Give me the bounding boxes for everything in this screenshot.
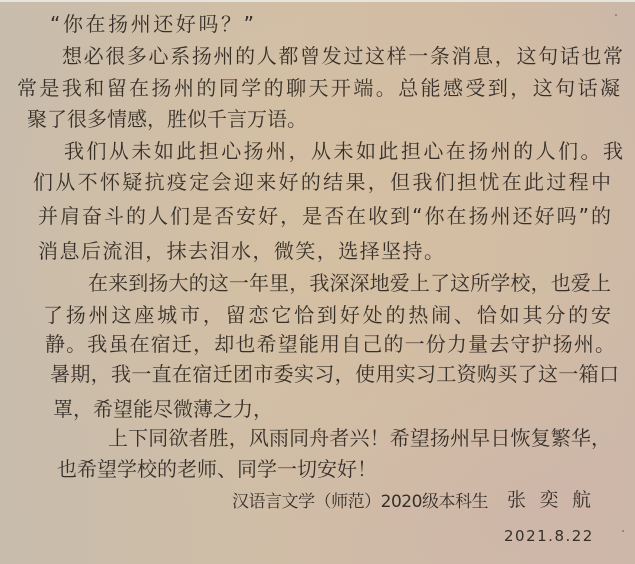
letter-line: 聚了很多情感，胜似千言万语。 xyxy=(27,106,305,132)
signature-name: 张奕航 xyxy=(507,488,591,512)
paper-speck xyxy=(622,530,624,532)
letter-line: 并肩奋斗的人们是否安好，是否在收到“你在扬州还好吗”的 xyxy=(38,203,611,229)
letter-line: 我们从未如此担心扬州，从未如此担心在扬州的人们。我 xyxy=(64,138,623,164)
paper-speck xyxy=(615,14,617,16)
signature-affiliation: 汉语言文学（师范）2020级本科生 xyxy=(232,490,488,514)
letter-title-line: “你在扬州还好吗？” xyxy=(50,11,254,37)
letter-line: 暑期，我一直在宿迁团市委实习，使用实习工资购买了这一箱口 xyxy=(50,361,619,387)
letter-line: 静。我虽在宿迁，却也希望能用自己的一份力量去守护扬州。 xyxy=(45,331,615,357)
handwritten-letter: “你在扬州还好吗？” 想必很多心系扬州的人都曾发过这样一条消息，这句话也常 常是… xyxy=(0,2,635,564)
letter-line: 也希望学校的老师、同学一切安好！ xyxy=(57,456,370,482)
letter-line: 消息后流泪，抹去泪水，微笑，选择坚持。 xyxy=(38,238,444,264)
letter-line: 了扬州这座城市，留恋它恰到好处的热闹、恰如其分的安 xyxy=(43,302,611,328)
letter-line: 罩，希望能尽微薄之力， xyxy=(53,396,269,422)
letter-line: 在来到扬大的这一年里，我深深地爱上了这所学校，也爱上 xyxy=(88,270,611,296)
letter-line: 们从不怀疑抗疫定会迎来好的结果，但我们担忧在此过程中 xyxy=(33,169,611,195)
letter-line: 上下同欲者胜，风雨同舟者兴！希望扬州早日恢复繁华， xyxy=(108,425,611,451)
letter-line: 常是我和留在扬州的同学的聊天开端。总能感受到，这句话凝 xyxy=(17,75,620,101)
letter-line: 想必很多心系扬州的人都曾发过这样一条消息，这句话也常 xyxy=(62,43,623,69)
letter-date: 2021.8.22 xyxy=(504,524,588,548)
